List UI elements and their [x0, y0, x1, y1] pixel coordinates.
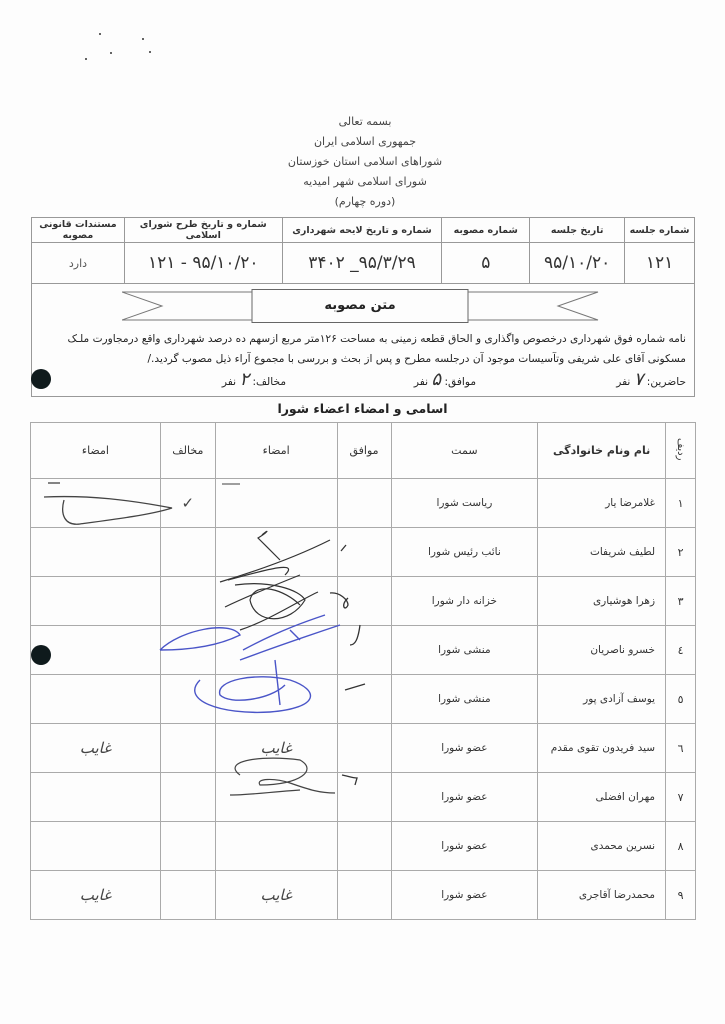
header-agree-signature: امضاء: [215, 423, 337, 479]
header-position: سمت: [391, 423, 538, 479]
session-date: ۹۵/۱۰/۲۰: [530, 243, 625, 284]
resolution-number: ۵: [442, 243, 530, 284]
member-name: لطیف شریفات: [538, 528, 666, 577]
row-number: ۲: [666, 528, 696, 577]
header-line-term: (دوره چهارم): [250, 192, 480, 212]
session-info-table: شماره جلسه تاریخ جلسه شماره مصوبه شماره …: [31, 217, 695, 284]
oppose-mark: [160, 871, 215, 920]
member-role: عضو شورا: [391, 724, 538, 773]
table-row: ٦ سید فریدون تقوی مقدم عضو شورا غایب غای…: [31, 724, 696, 773]
header-full-name: نام ونام خانوادگی: [538, 423, 666, 479]
agree-mark: [337, 577, 391, 626]
member-name: سید فریدون تقوی مقدم: [538, 724, 666, 773]
table-row: ۷ مهران افضلی عضو شورا: [31, 773, 696, 822]
table-row: ٤ خسرو ناصریان منشی شورا: [31, 626, 696, 675]
members-section-title: اسامی و امضاء اعضاء شورا: [250, 401, 475, 416]
oppose-signature: [31, 626, 161, 675]
oppose-signature: [31, 675, 161, 724]
agree-signature: [215, 528, 337, 577]
resolution-box: متن مصوبه نامه شماره فوق شهرداری درخصوص …: [31, 279, 695, 397]
agree-mark: [337, 675, 391, 724]
agree-signature-absent: غایب: [215, 871, 337, 920]
scan-speck: [149, 51, 151, 53]
header-oppose: مخالف: [160, 423, 215, 479]
present-label: حاضرین:: [647, 376, 686, 388]
agree-mark: [337, 626, 391, 675]
oppose-signature: [31, 577, 161, 626]
row-number: ٤: [666, 626, 696, 675]
resolution-title: متن مصوبه: [252, 289, 468, 323]
session-number: ۱۲۱: [625, 243, 695, 284]
member-role: نائب رئیس شورا: [391, 528, 538, 577]
oppose-signature-absent: غایب: [31, 724, 161, 773]
agree-mark: [337, 528, 391, 577]
oppose-mark: [160, 626, 215, 675]
agree-signature: [215, 479, 337, 528]
member-name: خسرو ناصریان: [538, 626, 666, 675]
agree-mark: [337, 724, 391, 773]
row-number: ۹: [666, 871, 696, 920]
agree-group: موافق: ۵ نفر: [414, 369, 476, 390]
row-number: ۷: [666, 773, 696, 822]
header-row-number: ردیف: [666, 423, 696, 479]
legal-documents: دارد: [32, 243, 125, 284]
member-name: زهرا هوشیاری: [538, 577, 666, 626]
member-name: محمدرضا آقاجری: [538, 871, 666, 920]
table-row: ۳ زهرا هوشیاری خزانه دار شورا: [31, 577, 696, 626]
table-row: ٥ یوسف آزادی پور منشی شورا: [31, 675, 696, 724]
header-legal-documents: مستندات قانونی مصوبه: [32, 218, 125, 243]
bill-number-date: ۹۵/۳/۲۹_ ۳۴۰۲: [282, 243, 442, 284]
header-oppose-signature: امضاء: [31, 423, 161, 479]
plan-number-date: ۹۵/۱۰/۲۰ - ۱۲۱: [124, 243, 282, 284]
oppose-signature: [31, 822, 161, 871]
oppose-mark: [160, 675, 215, 724]
member-name: غلامرضا یار: [538, 479, 666, 528]
agree-mark: [337, 773, 391, 822]
present-group: حاضرین: ۷ نفر: [616, 369, 686, 390]
agree-count: ۵: [431, 369, 441, 390]
oppose-mark: [160, 528, 215, 577]
agree-signature: [215, 577, 337, 626]
resolution-body: نامه شماره فوق شهرداری درخصوص واگذاری و …: [36, 329, 686, 369]
oppose-group: مخالف: ۲ نفر: [222, 369, 286, 390]
agree-signature: [215, 626, 337, 675]
resolution-line-1: نامه شماره فوق شهرداری درخصوص واگذاری و …: [36, 329, 686, 349]
agree-label: موافق:: [444, 376, 476, 388]
oppose-label: مخالف:: [252, 376, 286, 388]
oppose-signature: [31, 773, 161, 822]
table-row: ۲ لطیف شریفات نائب رئیس شورا: [31, 528, 696, 577]
member-role: منشی شورا: [391, 626, 538, 675]
resolution-line-2: مسکونی آقای علی شریفی وتآسیسات موجود آن …: [36, 349, 686, 369]
header-line-province-councils: شوراهای اسلامی استان خوزستان: [250, 152, 480, 172]
table-row: ۹ محمدرضا آقاجری عضو شورا غایب غایب: [31, 871, 696, 920]
scan-speck: [85, 58, 87, 60]
member-name: مهران افضلی: [538, 773, 666, 822]
member-role: خزانه دار شورا: [391, 577, 538, 626]
agree-signature: [215, 822, 337, 871]
header-resolution-number: شماره مصوبه: [442, 218, 530, 243]
oppose-signature: [31, 479, 161, 528]
oppose-unit: نفر: [222, 376, 236, 388]
oppose-mark: [160, 822, 215, 871]
row-number: ۳: [666, 577, 696, 626]
table-row: ۱ غلامرضا یار ریاست شورا ✓: [31, 479, 696, 528]
vote-summary: حاضرین: ۷ نفر موافق: ۵ نفر مخالف: ۲ نفر: [36, 369, 686, 387]
present-count: ۷: [634, 369, 644, 390]
oppose-signature: [31, 528, 161, 577]
header-line-city-council: شورای اسلامی شهر امیدیه: [250, 172, 480, 192]
row-number: ٥: [666, 675, 696, 724]
header-plan-number-date: شماره و تاریخ طرح شورای اسلامی: [124, 218, 282, 243]
member-name: یوسف آزادی پور: [538, 675, 666, 724]
agree-signature-absent: غایب: [215, 724, 337, 773]
header-line-republic: جمهوری اسلامی ایران: [250, 132, 480, 152]
agree-unit: نفر: [414, 376, 428, 388]
agree-mark: [337, 871, 391, 920]
scan-speck: [99, 33, 101, 35]
oppose-mark: ✓: [160, 479, 215, 528]
row-number: ٦: [666, 724, 696, 773]
header-session-number: شماره جلسه: [625, 218, 695, 243]
member-role: عضو شورا: [391, 871, 538, 920]
member-role: ریاست شورا: [391, 479, 538, 528]
agree-signature: [215, 675, 337, 724]
oppose-signature-absent: غایب: [31, 871, 161, 920]
header-line-bismillah: بسمه تعالی: [250, 112, 480, 132]
punch-hole: [31, 369, 51, 389]
table-row: ۸ نسرین محمدی عضو شورا: [31, 822, 696, 871]
header-bill-number-date: شماره و تاریخ لایحه شهرداری: [282, 218, 442, 243]
oppose-mark: [160, 577, 215, 626]
agree-mark: [337, 822, 391, 871]
row-number: ۸: [666, 822, 696, 871]
header-agree: موافق: [337, 423, 391, 479]
member-role: منشی شورا: [391, 675, 538, 724]
oppose-mark: [160, 773, 215, 822]
document-header: بسمه تعالی جمهوری اسلامی ایران شوراهای ا…: [250, 112, 480, 212]
oppose-mark: [160, 724, 215, 773]
scan-speck: [142, 38, 144, 40]
members-table: ردیف نام ونام خانوادگی سمت موافق امضاء م…: [30, 422, 696, 920]
member-name: نسرین محمدی: [538, 822, 666, 871]
member-role: عضو شورا: [391, 822, 538, 871]
resolution-banner: متن مصوبه: [122, 289, 602, 323]
row-number: ۱: [666, 479, 696, 528]
present-unit: نفر: [616, 376, 630, 388]
oppose-count: ۲: [239, 369, 249, 390]
agree-mark: [337, 479, 391, 528]
agree-signature: [215, 773, 337, 822]
member-role: عضو شورا: [391, 773, 538, 822]
header-session-date: تاریخ جلسه: [530, 218, 625, 243]
scan-speck: [110, 52, 112, 54]
